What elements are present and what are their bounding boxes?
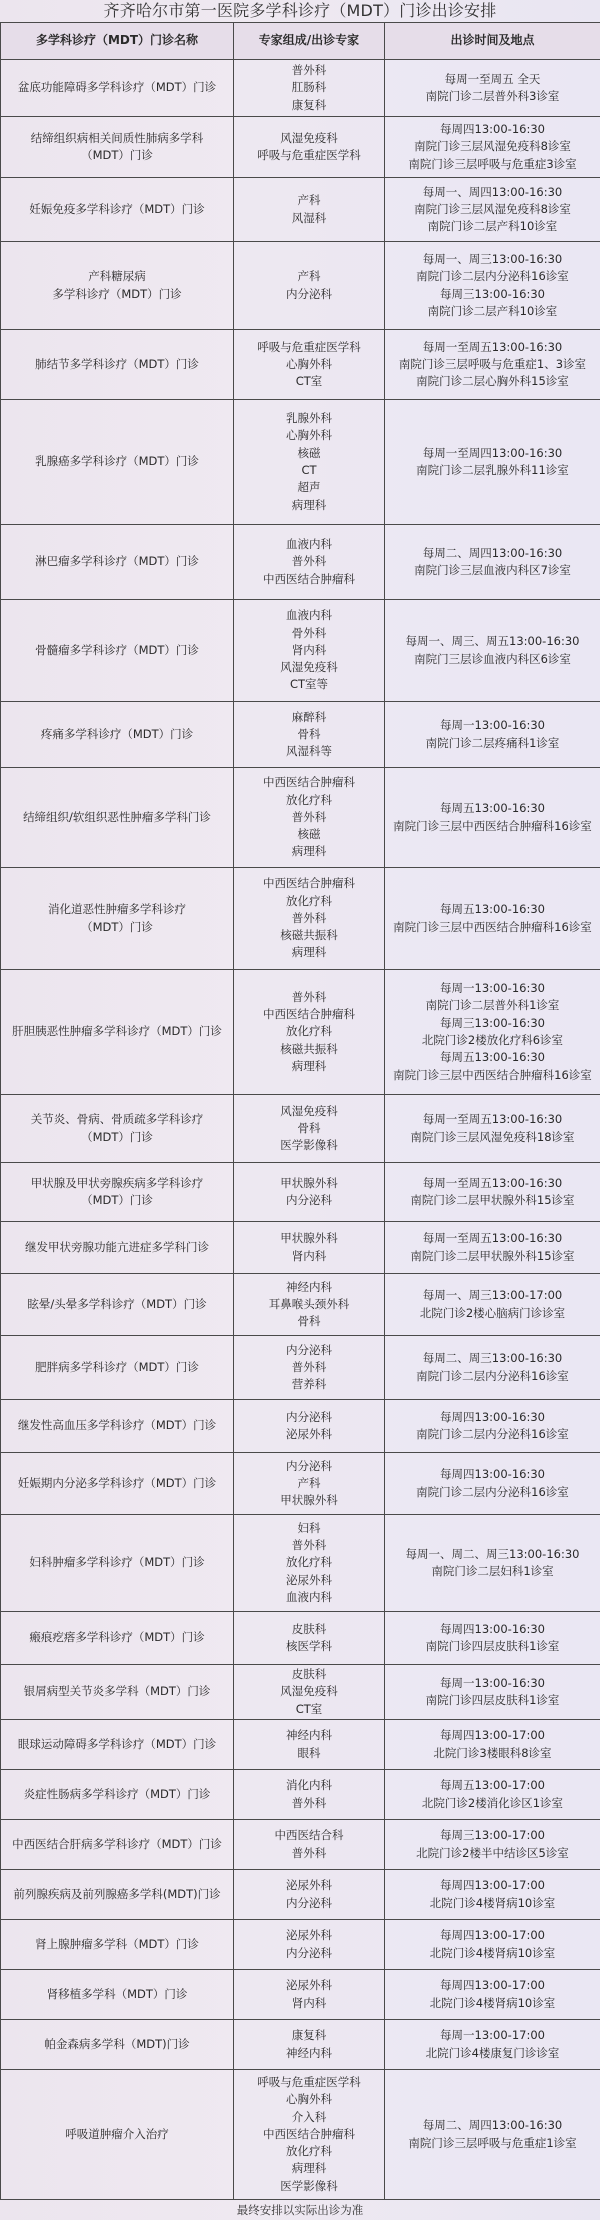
experts-line: 甲状腺外科 [236,1175,382,1192]
time-location-cell: 每周一、周二、周三13:00-16:30南院门诊二层妇科1诊室 [385,1515,600,1612]
time-location-cell: 每周一至周五13:00-16:30南院门诊三层风湿免疫科18诊室 [385,1095,600,1163]
table-row: 骨髓瘤多学科诊疗（MDT）门诊血液内科骨外科肾内科风湿免疫科CT室等每周一、周三… [1,600,600,702]
table-body: 盆底功能障碍多学科诊疗（MDT）门诊普外科肛肠科康复科每周一至周五 全天南院门诊… [1,60,600,2200]
experts-cell: 普外科中西医结合肿瘤科放化疗科核磁共振科病理科 [234,970,385,1095]
time-location-line: 南院门诊二层普外科1诊室 [387,997,598,1014]
experts-line: CT室等 [236,676,382,693]
time-location-line: 南院门三层诊血液内科区6诊室 [387,651,598,668]
time-location-cell: 每周五13:00-16:30南院门诊三层中西医结合肿瘤科16诊室 [385,868,600,970]
clinic-name-cell: 妊娠期内分泌多学科诊疗（MDT）门诊 [1,1453,234,1515]
experts-line: 血液内科 [236,1589,382,1606]
clinic-name-line: 呼吸道肿瘤介入治疗 [3,2126,231,2143]
clinic-name-line: 继发甲状旁腺功能亢进症多学科门诊 [3,1239,231,1256]
clinic-name-cell: 甲状腺及甲状旁腺疾病多学科诊疗（MDT）门诊 [1,1163,234,1222]
experts-line: CT [236,462,382,479]
time-location-cell: 每周四13:00-17:00北院门诊4楼肾病10诊室 [385,1970,600,2020]
time-location-line: 南院门诊三层血液内科区7诊室 [387,562,598,579]
experts-line: 普外科 [236,910,382,927]
time-location-line: 每周一至周四13:00-16:30 [387,445,598,462]
clinic-name-cell: 盆底功能障碍多学科诊疗（MDT）门诊 [1,60,234,117]
experts-line: 骨科 [236,1313,382,1330]
experts-cell: 甲状腺外科肾内科 [234,1222,385,1274]
experts-line: 康复科 [236,2027,382,2044]
clinic-name-cell: 炎症性肠病多学科诊疗（MDT）门诊 [1,1770,234,1820]
experts-line: 核医学科 [236,1638,382,1655]
time-location-line: 南院门诊三层风湿免疫科8诊室 [387,138,598,155]
time-location-line: 北院门诊3楼眼科8诊室 [387,1745,598,1762]
time-location-cell: 每周四13:00-16:30南院门诊三层风湿免疫科8诊室南院门诊三层呼吸与危重症… [385,117,600,178]
experts-line: 核磁 [236,445,382,462]
experts-line: 放化疗科 [236,792,382,809]
experts-line: 核磁共振科 [236,1041,382,1058]
time-location-cell: 每周二、周三13:00-16:30南院门诊二层内分泌科16诊室 [385,1336,600,1400]
table-row: 盆底功能障碍多学科诊疗（MDT）门诊普外科肛肠科康复科每周一至周五 全天南院门诊… [1,60,600,117]
experts-line: 呼吸与危重症医学科 [236,147,382,164]
experts-cell: 产科内分泌科 [234,242,385,330]
table-row: 结缔组织/软组织恶性肿瘤多学科门诊中西医结合肿瘤科放化疗科普外科核磁病理科每周五… [1,768,600,868]
experts-line: 放化疗科 [236,2143,382,2160]
clinic-name-cell: 瘢痕疙瘩多学科诊疗（MDT）门诊 [1,1612,234,1665]
time-location-line: 每周四13:00-17:00 [387,1727,598,1744]
clinic-name-cell: 妇科肿瘤多学科诊疗（MDT）门诊 [1,1515,234,1612]
time-location-cell: 每周三13:00-17:00北院门诊2楼半中结诊区5诊室 [385,1820,600,1870]
clinic-name-line: 银屑病型关节炎多学科（MDT）门诊 [3,1683,231,1700]
experts-line: 内分泌科 [236,286,382,303]
experts-line: 普外科 [236,989,382,1006]
time-location-cell: 每周一13:00-16:30南院门诊四层皮肤科1诊室 [385,1665,600,1720]
clinic-name-line: 盆底功能障碍多学科诊疗（MDT）门诊 [3,79,231,96]
time-location-line: 每周三13:00-17:00 [387,1827,598,1844]
experts-line: 放化疗科 [236,893,382,910]
clinic-name-line: 结缔组织病相关间质性肺病多学科 [3,130,231,147]
clinic-name-line: 帕金森病多学科（MDT)门诊 [3,2036,231,2053]
experts-line: 内分泌科 [236,1342,382,1359]
time-location-line: 南院门诊二层疼痛科1诊室 [387,735,598,752]
experts-line: 内分泌科 [236,1945,382,1962]
clinic-name-line: 淋巴瘤多学科诊疗（MDT）门诊 [3,553,231,570]
experts-line: 内分泌科 [236,1458,382,1475]
experts-cell: 中西医结合肿瘤科放化疗科普外科核磁病理科 [234,768,385,868]
experts-line: 耳鼻喉头颈外科 [236,1296,382,1313]
experts-cell: 泌尿外科内分泌科 [234,1920,385,1970]
time-location-line: 每周一、周二、周三13:00-16:30 [387,1546,598,1563]
experts-cell: 内分泌科产科甲状腺外科 [234,1453,385,1515]
clinic-name-line: 瘢痕疙瘩多学科诊疗（MDT）门诊 [3,1629,231,1646]
time-location-line: 每周一13:00-16:30 [387,717,598,734]
experts-line: 风湿免疫科 [236,1683,382,1700]
time-location-line: 每周三13:00-16:30 [387,1015,598,1032]
time-location-line: 每周一至周五13:00-16:30 [387,1230,598,1247]
experts-cell: 泌尿外科肾内科 [234,1970,385,2020]
experts-line: 中西医结合肿瘤科 [236,774,382,791]
clinic-name-line: 肺结节多学科诊疗（MDT）门诊 [3,356,231,373]
experts-line: 产科 [236,192,382,209]
table-row: 继发甲状旁腺功能亢进症多学科门诊甲状腺外科肾内科每周一至周五13:00-16:3… [1,1222,600,1274]
experts-cell: 神经内科眼科 [234,1720,385,1770]
clinic-name-cell: 银屑病型关节炎多学科（MDT）门诊 [1,1665,234,1720]
time-location-line: 每周四13:00-17:00 [387,1927,598,1944]
clinic-name-cell: 消化道恶性肿瘤多学科诊疗（MDT）门诊 [1,868,234,970]
time-location-cell: 每周四13:00-16:30南院门诊二层内分泌科16诊室 [385,1400,600,1453]
time-location-line: 南院门诊三层风湿免疫科8诊室 [387,201,598,218]
time-location-line: 每周一至周五13:00-16:30 [387,339,598,356]
time-location-cell: 每周二、周四13:00-16:30南院门诊三层呼吸与危重症1诊室 [385,2070,600,2200]
clinic-name-line: 关节炎、骨病、骨质疏多学科诊疗 [3,1111,231,1128]
time-location-line: 每周五13:00-16:30 [387,1049,598,1066]
clinic-name-cell: 妊娠免疫多学科诊疗（MDT）门诊 [1,178,234,242]
time-location-cell: 每周一13:00-16:30南院门诊二层疼痛科1诊室 [385,702,600,768]
time-location-line: 南院门诊二层普外科3诊室 [387,88,598,105]
experts-line: 病理科 [236,843,382,860]
experts-line: 医学影像科 [236,2178,382,2195]
time-location-cell: 每周一、周三13:00-17:00北院门诊2楼心脑病门诊诊室 [385,1274,600,1336]
experts-line: 核磁共振科 [236,927,382,944]
experts-line: 血液内科 [236,607,382,624]
experts-line: 病理科 [236,2160,382,2177]
experts-cell: 中西医结合科普外科 [234,1820,385,1870]
experts-line: 风湿科等 [236,743,382,760]
table-row: 中西医结合肝病多学科诊疗（MDT）门诊中西医结合科普外科每周三13:00-17:… [1,1820,600,1870]
clinic-name-line: 多学科诊疗（MDT）门诊 [3,286,231,303]
time-location-line: 南院门诊三层中西医结合肿瘤科16诊室 [387,818,598,835]
table-row: 淋巴瘤多学科诊疗（MDT）门诊血液内科普外科中西医结合肿瘤科每周二、周四13:0… [1,525,600,600]
experts-cell: 皮肤科风湿免疫科CT室 [234,1665,385,1720]
clinic-name-line: 肾移植多学科（MDT）门诊 [3,1986,231,2003]
clinic-name-cell: 乳腺癌多学科诊疗（MDT）门诊 [1,400,234,525]
clinic-name-cell: 关节炎、骨病、骨质疏多学科诊疗（MDT）门诊 [1,1095,234,1163]
clinic-name-line: 中西医结合肝病多学科诊疗（MDT）门诊 [3,1836,231,1853]
experts-cell: 内分泌科普外科营养科 [234,1336,385,1400]
time-location-line: 北院门诊4楼肾病10诊室 [387,1895,598,1912]
time-location-cell: 每周一至周五13:00-16:30南院门诊二层甲状腺外科15诊室 [385,1163,600,1222]
clinic-name-cell: 呼吸道肿瘤介入治疗 [1,2070,234,2200]
experts-cell: 风湿免疫科骨科医学影像科 [234,1095,385,1163]
time-location-line: 每周一13:00-17:00 [387,2027,598,2044]
time-location-cell: 每周一、周三、周五13:00-16:30南院门三层诊血液内科区6诊室 [385,600,600,702]
experts-cell: 呼吸与危重症医学科心胸外科CT室 [234,330,385,400]
time-location-line: 每周五13:00-16:30 [387,901,598,918]
time-location-line: 北院门诊2楼放化疗科6诊室 [387,1032,598,1049]
experts-line: 普外科 [236,1359,382,1376]
experts-cell: 神经内科耳鼻喉头颈外科骨科 [234,1274,385,1336]
time-location-cell: 每周四13:00-16:30南院门诊四层皮肤科1诊室 [385,1612,600,1665]
experts-line: 呼吸与危重症医学科 [236,2074,382,2091]
experts-line: 泌尿外科 [236,1877,382,1894]
clinic-name-cell: 前列腺疾病及前列腺癌多学科(MDT)门诊 [1,1870,234,1920]
experts-cell: 皮肤科核医学科 [234,1612,385,1665]
experts-line: 中西医结合肿瘤科 [236,1006,382,1023]
experts-cell: 普外科肛肠科康复科 [234,60,385,117]
clinic-name-cell: 疼痛多学科诊疗（MDT）门诊 [1,702,234,768]
clinic-name-line: 眩晕/头晕多学科诊疗（MDT）门诊 [3,1296,231,1313]
experts-line: 核磁 [236,826,382,843]
table-row: 肾上腺肿瘤多学科（MDT）门诊泌尿外科内分泌科每周四13:00-17:00北院门… [1,1920,600,1970]
clinic-name-line: 骨髓瘤多学科诊疗（MDT）门诊 [3,642,231,659]
experts-cell: 泌尿外科内分泌科 [234,1870,385,1920]
experts-line: 普外科 [236,1537,382,1554]
experts-line: 乳腺外科 [236,410,382,427]
time-location-line: 每周二、周四13:00-16:30 [387,545,598,562]
table-row: 关节炎、骨病、骨质疏多学科诊疗（MDT）门诊风湿免疫科骨科医学影像科每周一至周五… [1,1095,600,1163]
experts-line: 产科 [236,1475,382,1492]
clinic-name-cell: 帕金森病多学科（MDT)门诊 [1,2020,234,2070]
time-location-line: 每周一13:00-16:30 [387,980,598,997]
time-location-cell: 每周四13:00-17:00北院门诊3楼眼科8诊室 [385,1720,600,1770]
clinic-name-cell: 眼球运动障碍多学科诊疗（MDT）门诊 [1,1720,234,1770]
time-location-line: 南院门诊三层中西医结合肿瘤科16诊室 [387,919,598,936]
clinic-name-line: 前列腺疾病及前列腺癌多学科(MDT)门诊 [3,1886,231,1903]
clinic-name-line: 肾上腺肿瘤多学科（MDT）门诊 [3,1936,231,1953]
time-location-line: 每周一、周三13:00-17:00 [387,1287,598,1304]
experts-line: 骨外科 [236,625,382,642]
clinic-name-cell: 肥胖病多学科诊疗（MDT）门诊 [1,1336,234,1400]
time-location-line: 南院门诊二层乳腺外科11诊室 [387,462,598,479]
table-row: 眼球运动障碍多学科诊疗（MDT）门诊神经内科眼科每周四13:00-17:00北院… [1,1720,600,1770]
experts-line: CT室 [236,373,382,390]
experts-line: 神经内科 [236,1279,382,1296]
clinic-name-line: 继发性高血压多学科诊疗（MDT）门诊 [3,1417,231,1434]
clinic-name-cell: 中西医结合肝病多学科诊疗（MDT）门诊 [1,1820,234,1870]
experts-line: 甲状腺外科 [236,1492,382,1509]
experts-line: 皮肤科 [236,1621,382,1638]
time-location-line: 南院门诊二层甲状腺外科15诊室 [387,1248,598,1265]
clinic-name-cell: 继发甲状旁腺功能亢进症多学科门诊 [1,1222,234,1274]
experts-line: 医学影像科 [236,1137,382,1154]
time-location-line: 南院门诊二层内分泌科16诊室 [387,1368,598,1385]
experts-line: 神经内科 [236,1727,382,1744]
header-experts: 专家组成/出诊专家 [234,23,385,60]
experts-line: 皮肤科 [236,1666,382,1683]
experts-line: 风湿免疫科 [236,130,382,147]
time-location-line: 每周四13:00-16:30 [387,1621,598,1638]
clinic-name-line: 妊娠免疫多学科诊疗（MDT）门诊 [3,201,231,218]
time-location-line: 每周一、周三13:00-16:30 [387,251,598,268]
experts-cell: 妇科普外科放化疗科泌尿外科血液内科 [234,1515,385,1612]
time-location-line: 每周四13:00-17:00 [387,1977,598,1994]
table-row: 肾移植多学科（MDT）门诊泌尿外科肾内科每周四13:00-17:00北院门诊4楼… [1,1970,600,2020]
experts-line: 麻醉科 [236,709,382,726]
time-location-cell: 每周一至周五 全天南院门诊二层普外科3诊室 [385,60,600,117]
experts-line: 普外科 [236,62,382,79]
clinic-name-line: 眼球运动障碍多学科诊疗（MDT）门诊 [3,1736,231,1753]
experts-cell: 呼吸与危重症医学科心胸外科介入科中西医结合肿瘤科放化疗科病理科医学影像科 [234,2070,385,2200]
time-location-line: 北院门诊2楼半中结诊区5诊室 [387,1845,598,1862]
clinic-name-cell: 结缔组织病相关间质性肺病多学科（MDT）门诊 [1,117,234,178]
clinic-name-line: 炎症性肠病多学科诊疗（MDT）门诊 [3,1786,231,1803]
clinic-name-line: 疼痛多学科诊疗（MDT）门诊 [3,726,231,743]
time-location-cell: 每周一13:00-16:30南院门诊二层普外科1诊室每周三13:00-16:30… [385,970,600,1095]
clinic-name-line: 消化道恶性肿瘤多学科诊疗 [3,901,231,918]
time-location-cell: 每周一、周三13:00-16:30南院门诊二层内分泌科16诊室每周三13:00-… [385,242,600,330]
experts-line: 中西医结合肿瘤科 [236,875,382,892]
experts-cell: 血液内科骨外科肾内科风湿免疫科CT室等 [234,600,385,702]
time-location-line: 南院门诊二层内分泌科16诊室 [387,1426,598,1443]
time-location-line: 南院门诊三层风湿免疫科18诊室 [387,1129,598,1146]
table-row: 继发性高血压多学科诊疗（MDT）门诊内分泌科泌尿外科每周四13:00-16:30… [1,1400,600,1453]
table-row: 妇科肿瘤多学科诊疗（MDT）门诊妇科普外科放化疗科泌尿外科血液内科每周一、周二、… [1,1515,600,1612]
experts-line: 内分泌科 [236,1192,382,1209]
experts-line: 血液内科 [236,536,382,553]
experts-line: 妇科 [236,1520,382,1537]
time-location-line: 每周四13:00-16:30 [387,1466,598,1483]
table-row: 呼吸道肿瘤介入治疗呼吸与危重症医学科心胸外科介入科中西医结合肿瘤科放化疗科病理科… [1,2070,600,2200]
table-row: 肺结节多学科诊疗（MDT）门诊呼吸与危重症医学科心胸外科CT室每周一至周五13:… [1,330,600,400]
experts-line: 泌尿外科 [236,1977,382,1994]
time-location-line: 南院门诊二层内分泌科16诊室 [387,268,598,285]
time-location-line: 南院门诊二层妇科1诊室 [387,1563,598,1580]
clinic-name-line: 甲状腺及甲状旁腺疾病多学科诊疗 [3,1175,231,1192]
experts-line: 中西医结合肿瘤科 [236,571,382,588]
time-location-line: 南院门诊二层产科10诊室 [387,218,598,235]
experts-cell: 麻醉科骨科风湿科等 [234,702,385,768]
experts-line: 肾内科 [236,1995,382,2012]
experts-line: 风湿免疫科 [236,1103,382,1120]
experts-line: 泌尿外科 [236,1927,382,1944]
experts-line: 产科 [236,268,382,285]
table-row: 帕金森病多学科（MDT)门诊康复科神经内科每周一13:00-17:00北院门诊4… [1,2020,600,2070]
experts-line: 中西医结合科 [236,1827,382,1844]
time-location-line: 每周一至周五13:00-16:30 [387,1111,598,1128]
time-location-line: 北院门诊4楼肾病10诊室 [387,1945,598,1962]
table-row: 肥胖病多学科诊疗（MDT）门诊内分泌科普外科营养科每周二、周三13:00-16:… [1,1336,600,1400]
time-location-line: 南院门诊四层皮肤科1诊室 [387,1638,598,1655]
experts-line: CT室 [236,1701,382,1718]
time-location-cell: 每周五13:00-17:00北院门诊2楼消化诊区1诊室 [385,1770,600,1820]
experts-line: 肾内科 [236,642,382,659]
clinic-name-cell: 继发性高血压多学科诊疗（MDT）门诊 [1,1400,234,1453]
clinic-name-cell: 淋巴瘤多学科诊疗（MDT）门诊 [1,525,234,600]
table-row: 结缔组织病相关间质性肺病多学科（MDT）门诊风湿免疫科呼吸与危重症医学科每周四1… [1,117,600,178]
table-row: 肝胆胰恶性肿瘤多学科诊疗（MDT）门诊普外科中西医结合肿瘤科放化疗科核磁共振科病… [1,970,600,1095]
time-location-line: 每周四13:00-17:00 [387,1877,598,1894]
experts-line: 康复科 [236,97,382,114]
clinic-name-cell: 肝胆胰恶性肿瘤多学科诊疗（MDT）门诊 [1,970,234,1095]
clinic-name-cell: 眩晕/头晕多学科诊疗（MDT）门诊 [1,1274,234,1336]
header-time-location: 出诊时间及地点 [385,23,600,60]
experts-line: 心胸外科 [236,427,382,444]
clinic-name-cell: 产科糖尿病多学科诊疗（MDT）门诊 [1,242,234,330]
experts-line: 超声 [236,479,382,496]
experts-line: 肾内科 [236,1248,382,1265]
clinic-name-line: 肝胆胰恶性肿瘤多学科诊疗（MDT）门诊 [3,1023,231,1040]
experts-line: 病理科 [236,497,382,514]
clinic-name-line: 产科糖尿病 [3,268,231,285]
time-location-line: 北院门诊4楼肾病10诊室 [387,1995,598,2012]
experts-line: 呼吸与危重症医学科 [236,339,382,356]
table-row: 炎症性肠病多学科诊疗（MDT）门诊消化内科普外科每周五13:00-17:00北院… [1,1770,600,1820]
mdt-schedule-table: 多学科诊疗（MDT）门诊名称 专家组成/出诊专家 出诊时间及地点 盆底功能障碍多… [0,22,600,2200]
experts-cell: 中西医结合肿瘤科放化疗科普外科核磁共振科病理科 [234,868,385,970]
time-location-line: 每周二、周三13:00-16:30 [387,1350,598,1367]
time-location-cell: 每周一至周四13:00-16:30南院门诊二层乳腺外科11诊室 [385,400,600,525]
experts-line: 普外科 [236,1845,382,1862]
experts-line: 营养科 [236,1376,382,1393]
experts-line: 病理科 [236,944,382,961]
time-location-line: 北院门诊4楼康复门诊诊室 [387,2045,598,2062]
table-row: 前列腺疾病及前列腺癌多学科(MDT)门诊泌尿外科内分泌科每周四13:00-17:… [1,1870,600,1920]
experts-line: 消化内科 [236,1777,382,1794]
clinic-name-cell: 肺结节多学科诊疗（MDT）门诊 [1,330,234,400]
time-location-line: 南院门诊二层内分泌科16诊室 [387,1484,598,1501]
time-location-line: 每周五13:00-16:30 [387,800,598,817]
time-location-cell: 每周一至周五13:00-16:30南院门诊三层呼吸与危重症1、3诊室南院门诊二层… [385,330,600,400]
experts-line: 神经内科 [236,2045,382,2062]
experts-line: 骨科 [236,1120,382,1137]
experts-cell: 消化内科普外科 [234,1770,385,1820]
clinic-name-cell: 肾移植多学科（MDT）门诊 [1,1970,234,2020]
table-row: 乳腺癌多学科诊疗（MDT）门诊乳腺外科心胸外科核磁CT超声病理科每周一至周四13… [1,400,600,525]
experts-line: 内分泌科 [236,1895,382,1912]
clinic-name-line: 结缔组织/软组织恶性肿瘤多学科门诊 [3,809,231,826]
time-location-line: 南院门诊三层呼吸与危重症1、3诊室 [387,356,598,373]
table-row: 妊娠免疫多学科诊疗（MDT）门诊产科风湿科每周一、周四13:00-16:30南院… [1,178,600,242]
clinic-name-line: 妇科肿瘤多学科诊疗（MDT）门诊 [3,1554,231,1571]
clinic-name-line: （MDT）门诊 [3,919,231,936]
time-location-cell: 每周四13:00-16:30南院门诊二层内分泌科16诊室 [385,1453,600,1515]
experts-line: 普外科 [236,1795,382,1812]
clinic-name-line: （MDT）门诊 [3,1192,231,1209]
experts-cell: 风湿免疫科呼吸与危重症医学科 [234,117,385,178]
time-location-line: 每周一至周五 全天 [387,71,598,88]
experts-line: 介入科 [236,2109,382,2126]
time-location-line: 每周五13:00-17:00 [387,1777,598,1794]
table-row: 妊娠期内分泌多学科诊疗（MDT）门诊内分泌科产科甲状腺外科每周四13:00-16… [1,1453,600,1515]
clinic-name-cell: 肾上腺肿瘤多学科（MDT）门诊 [1,1920,234,1970]
experts-line: 中西医结合肿瘤科 [236,2126,382,2143]
experts-cell: 乳腺外科心胸外科核磁CT超声病理科 [234,400,385,525]
time-location-cell: 每周一、周四13:00-16:30南院门诊三层风湿免疫科8诊室南院门诊二层产科1… [385,178,600,242]
experts-line: 普外科 [236,809,382,826]
experts-line: 放化疗科 [236,1554,382,1571]
time-location-cell: 每周一至周五13:00-16:30南院门诊二层甲状腺外科15诊室 [385,1222,600,1274]
time-location-cell: 每周五13:00-16:30南院门诊三层中西医结合肿瘤科16诊室 [385,768,600,868]
table-row: 消化道恶性肿瘤多学科诊疗（MDT）门诊中西医结合肿瘤科放化疗科普外科核磁共振科病… [1,868,600,970]
experts-line: 心胸外科 [236,2091,382,2108]
table-row: 产科糖尿病多学科诊疗（MDT）门诊产科内分泌科每周一、周三13:00-16:30… [1,242,600,330]
table-row: 疼痛多学科诊疗（MDT）门诊麻醉科骨科风湿科等每周一13:00-16:30南院门… [1,702,600,768]
clinic-name-line: （MDT）门诊 [3,147,231,164]
header-clinic-name: 多学科诊疗（MDT）门诊名称 [1,23,234,60]
table-row: 瘢痕疙瘩多学科诊疗（MDT）门诊皮肤科核医学科每周四13:00-16:30南院门… [1,1612,600,1665]
time-location-line: 南院门诊三层呼吸与危重症1诊室 [387,2135,598,2152]
experts-cell: 血液内科普外科中西医结合肿瘤科 [234,525,385,600]
time-location-cell: 每周四13:00-17:00北院门诊4楼肾病10诊室 [385,1920,600,1970]
time-location-line: 每周一、周三、周五13:00-16:30 [387,633,598,650]
experts-line: 风湿免疫科 [236,659,382,676]
experts-line: 病理科 [236,1058,382,1075]
experts-line: 肛肠科 [236,79,382,96]
table-row: 银屑病型关节炎多学科（MDT）门诊皮肤科风湿免疫科CT室每周一13:00-16:… [1,1665,600,1720]
experts-line: 普外科 [236,553,382,570]
time-location-cell: 每周四13:00-17:00北院门诊4楼肾病10诊室 [385,1870,600,1920]
experts-line: 内分泌科 [236,1409,382,1426]
experts-cell: 甲状腺外科内分泌科 [234,1163,385,1222]
clinic-name-cell: 骨髓瘤多学科诊疗（MDT）门诊 [1,600,234,702]
time-location-line: 南院门诊二层产科10诊室 [387,303,598,320]
time-location-line: 每周四13:00-16:30 [387,121,598,138]
time-location-line: 南院门诊二层心胸外科15诊室 [387,373,598,390]
time-location-line: 北院门诊2楼消化诊区1诊室 [387,1795,598,1812]
experts-line: 泌尿外科 [236,1572,382,1589]
time-location-line: 南院门诊四层皮肤科1诊室 [387,1692,598,1709]
experts-line: 泌尿外科 [236,1426,382,1443]
experts-line: 风湿科 [236,210,382,227]
time-location-line: 每周一13:00-16:30 [387,1675,598,1692]
time-location-line: 南院门诊三层中西医结合肿瘤科16诊室 [387,1067,598,1084]
clinic-name-line: 肥胖病多学科诊疗（MDT）门诊 [3,1359,231,1376]
time-location-line: 南院门诊二层甲状腺外科15诊室 [387,1192,598,1209]
experts-cell: 内分泌科泌尿外科 [234,1400,385,1453]
